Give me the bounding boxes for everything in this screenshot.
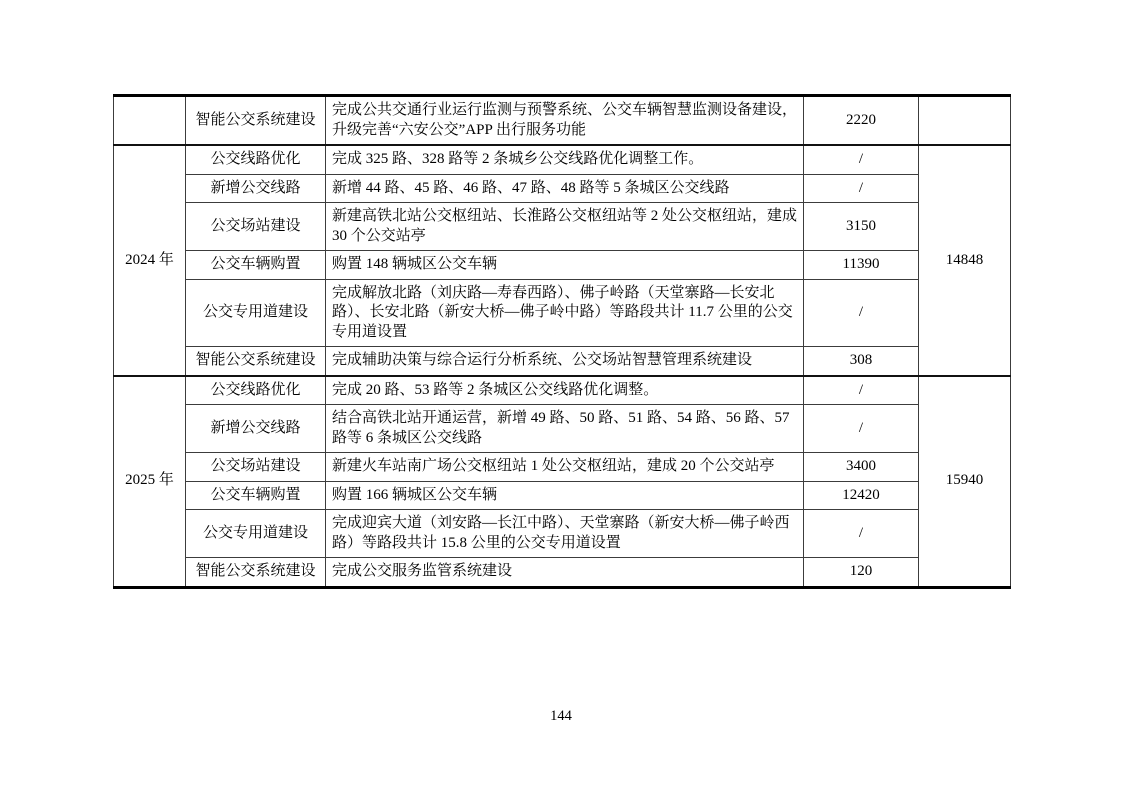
amount-cell: / <box>804 376 919 405</box>
content-cell: 完成 20 路、53 路等 2 条城区公交线路优化调整。 <box>326 376 804 405</box>
project-cell: 新增公交线路 <box>186 174 326 203</box>
amount-cell: 3400 <box>804 453 919 482</box>
amount-cell: 308 <box>804 347 919 376</box>
project-cell: 智能公交系统建设 <box>186 558 326 588</box>
amount-cell: / <box>804 510 919 558</box>
total-cell: 14848 <box>919 145 1011 376</box>
content-cell: 新增 44 路、45 路、46 路、47 路、48 路等 5 条城区公交线路 <box>326 174 804 203</box>
project-cell: 公交线路优化 <box>186 376 326 405</box>
amount-cell: / <box>804 145 919 174</box>
table-row: 公交车辆购置购置 148 辆城区公交车辆11390 <box>114 251 1011 280</box>
table-row: 公交场站建设新建高铁北站公交枢纽站、长淮路公交枢纽站等 2 处公交枢纽站，建成 … <box>114 203 1011 251</box>
content-cell: 完成公共交通行业运行监测与预警系统、公交车辆智慧监测设备建设，升级完善“六安公交… <box>326 96 804 146</box>
table-row: 智能公交系统建设完成辅助决策与综合运行分析系统、公交场站智慧管理系统建设308 <box>114 347 1011 376</box>
table-row: 公交专用道建设完成迎宾大道（刘安路—长江中路）、天堂寨路（新安大桥—佛子岭西路）… <box>114 510 1011 558</box>
amount-cell: 3150 <box>804 203 919 251</box>
content-cell: 完成迎宾大道（刘安路—长江中路）、天堂寨路（新安大桥—佛子岭西路）等路段共计 1… <box>326 510 804 558</box>
content-cell: 购置 148 辆城区公交车辆 <box>326 251 804 280</box>
year-cell: 2024 年 <box>114 145 186 376</box>
table-row: 公交专用道建设完成解放北路（刘庆路—寿春西路）、佛子岭路（天堂寨路—长安北路）、… <box>114 279 1011 347</box>
table-row: 新增公交线路结合高铁北站开通运营，新增 49 路、50 路、51 路、54 路、… <box>114 405 1011 453</box>
project-cell: 公交车辆购置 <box>186 481 326 510</box>
amount-cell: / <box>804 279 919 347</box>
page-number: 144 <box>0 708 1122 725</box>
document-page: 智能公交系统建设完成公共交通行业运行监测与预警系统、公交车辆智慧监测设备建设，升… <box>0 0 1122 793</box>
year-cell <box>114 96 186 146</box>
content-cell: 完成解放北路（刘庆路—寿春西路）、佛子岭路（天堂寨路—长安北路）、长安北路（新安… <box>326 279 804 347</box>
content-cell: 购置 166 辆城区公交车辆 <box>326 481 804 510</box>
amount-cell: 11390 <box>804 251 919 280</box>
table-row: 智能公交系统建设完成公共交通行业运行监测与预警系统、公交车辆智慧监测设备建设，升… <box>114 96 1011 146</box>
table-row: 公交场站建设新建火车站南广场公交枢纽站 1 处公交枢纽站，建成 20 个公交站亭… <box>114 453 1011 482</box>
project-cell: 公交场站建设 <box>186 453 326 482</box>
project-cell: 智能公交系统建设 <box>186 96 326 146</box>
projects-table: 智能公交系统建设完成公共交通行业运行监测与预警系统、公交车辆智慧监测设备建设，升… <box>113 94 1011 589</box>
table-row: 2025 年公交线路优化完成 20 路、53 路等 2 条城区公交线路优化调整。… <box>114 376 1011 405</box>
content-cell: 完成辅助决策与综合运行分析系统、公交场站智慧管理系统建设 <box>326 347 804 376</box>
project-cell: 公交车辆购置 <box>186 251 326 280</box>
table-row: 2024 年公交线路优化完成 325 路、328 路等 2 条城乡公交线路优化调… <box>114 145 1011 174</box>
amount-cell: / <box>804 174 919 203</box>
project-cell: 新增公交线路 <box>186 405 326 453</box>
project-cell: 公交专用道建设 <box>186 510 326 558</box>
project-cell: 智能公交系统建设 <box>186 347 326 376</box>
total-cell: 15940 <box>919 376 1011 588</box>
projects-table-body: 智能公交系统建设完成公共交通行业运行监测与预警系统、公交车辆智慧监测设备建设，升… <box>114 96 1011 588</box>
project-cell: 公交线路优化 <box>186 145 326 174</box>
amount-cell: 2220 <box>804 96 919 146</box>
content-cell: 结合高铁北站开通运营，新增 49 路、50 路、51 路、54 路、56 路、5… <box>326 405 804 453</box>
project-cell: 公交专用道建设 <box>186 279 326 347</box>
content-cell: 新建火车站南广场公交枢纽站 1 处公交枢纽站，建成 20 个公交站亭 <box>326 453 804 482</box>
year-cell: 2025 年 <box>114 376 186 588</box>
amount-cell: 12420 <box>804 481 919 510</box>
content-cell: 完成公交服务监管系统建设 <box>326 558 804 588</box>
content-cell: 新建高铁北站公交枢纽站、长淮路公交枢纽站等 2 处公交枢纽站，建成 30 个公交… <box>326 203 804 251</box>
total-cell <box>919 96 1011 146</box>
table-row: 智能公交系统建设完成公交服务监管系统建设120 <box>114 558 1011 588</box>
project-cell: 公交场站建设 <box>186 203 326 251</box>
amount-cell: / <box>804 405 919 453</box>
table-row: 新增公交线路新增 44 路、45 路、46 路、47 路、48 路等 5 条城区… <box>114 174 1011 203</box>
amount-cell: 120 <box>804 558 919 588</box>
content-cell: 完成 325 路、328 路等 2 条城乡公交线路优化调整工作。 <box>326 145 804 174</box>
table-row: 公交车辆购置购置 166 辆城区公交车辆12420 <box>114 481 1011 510</box>
